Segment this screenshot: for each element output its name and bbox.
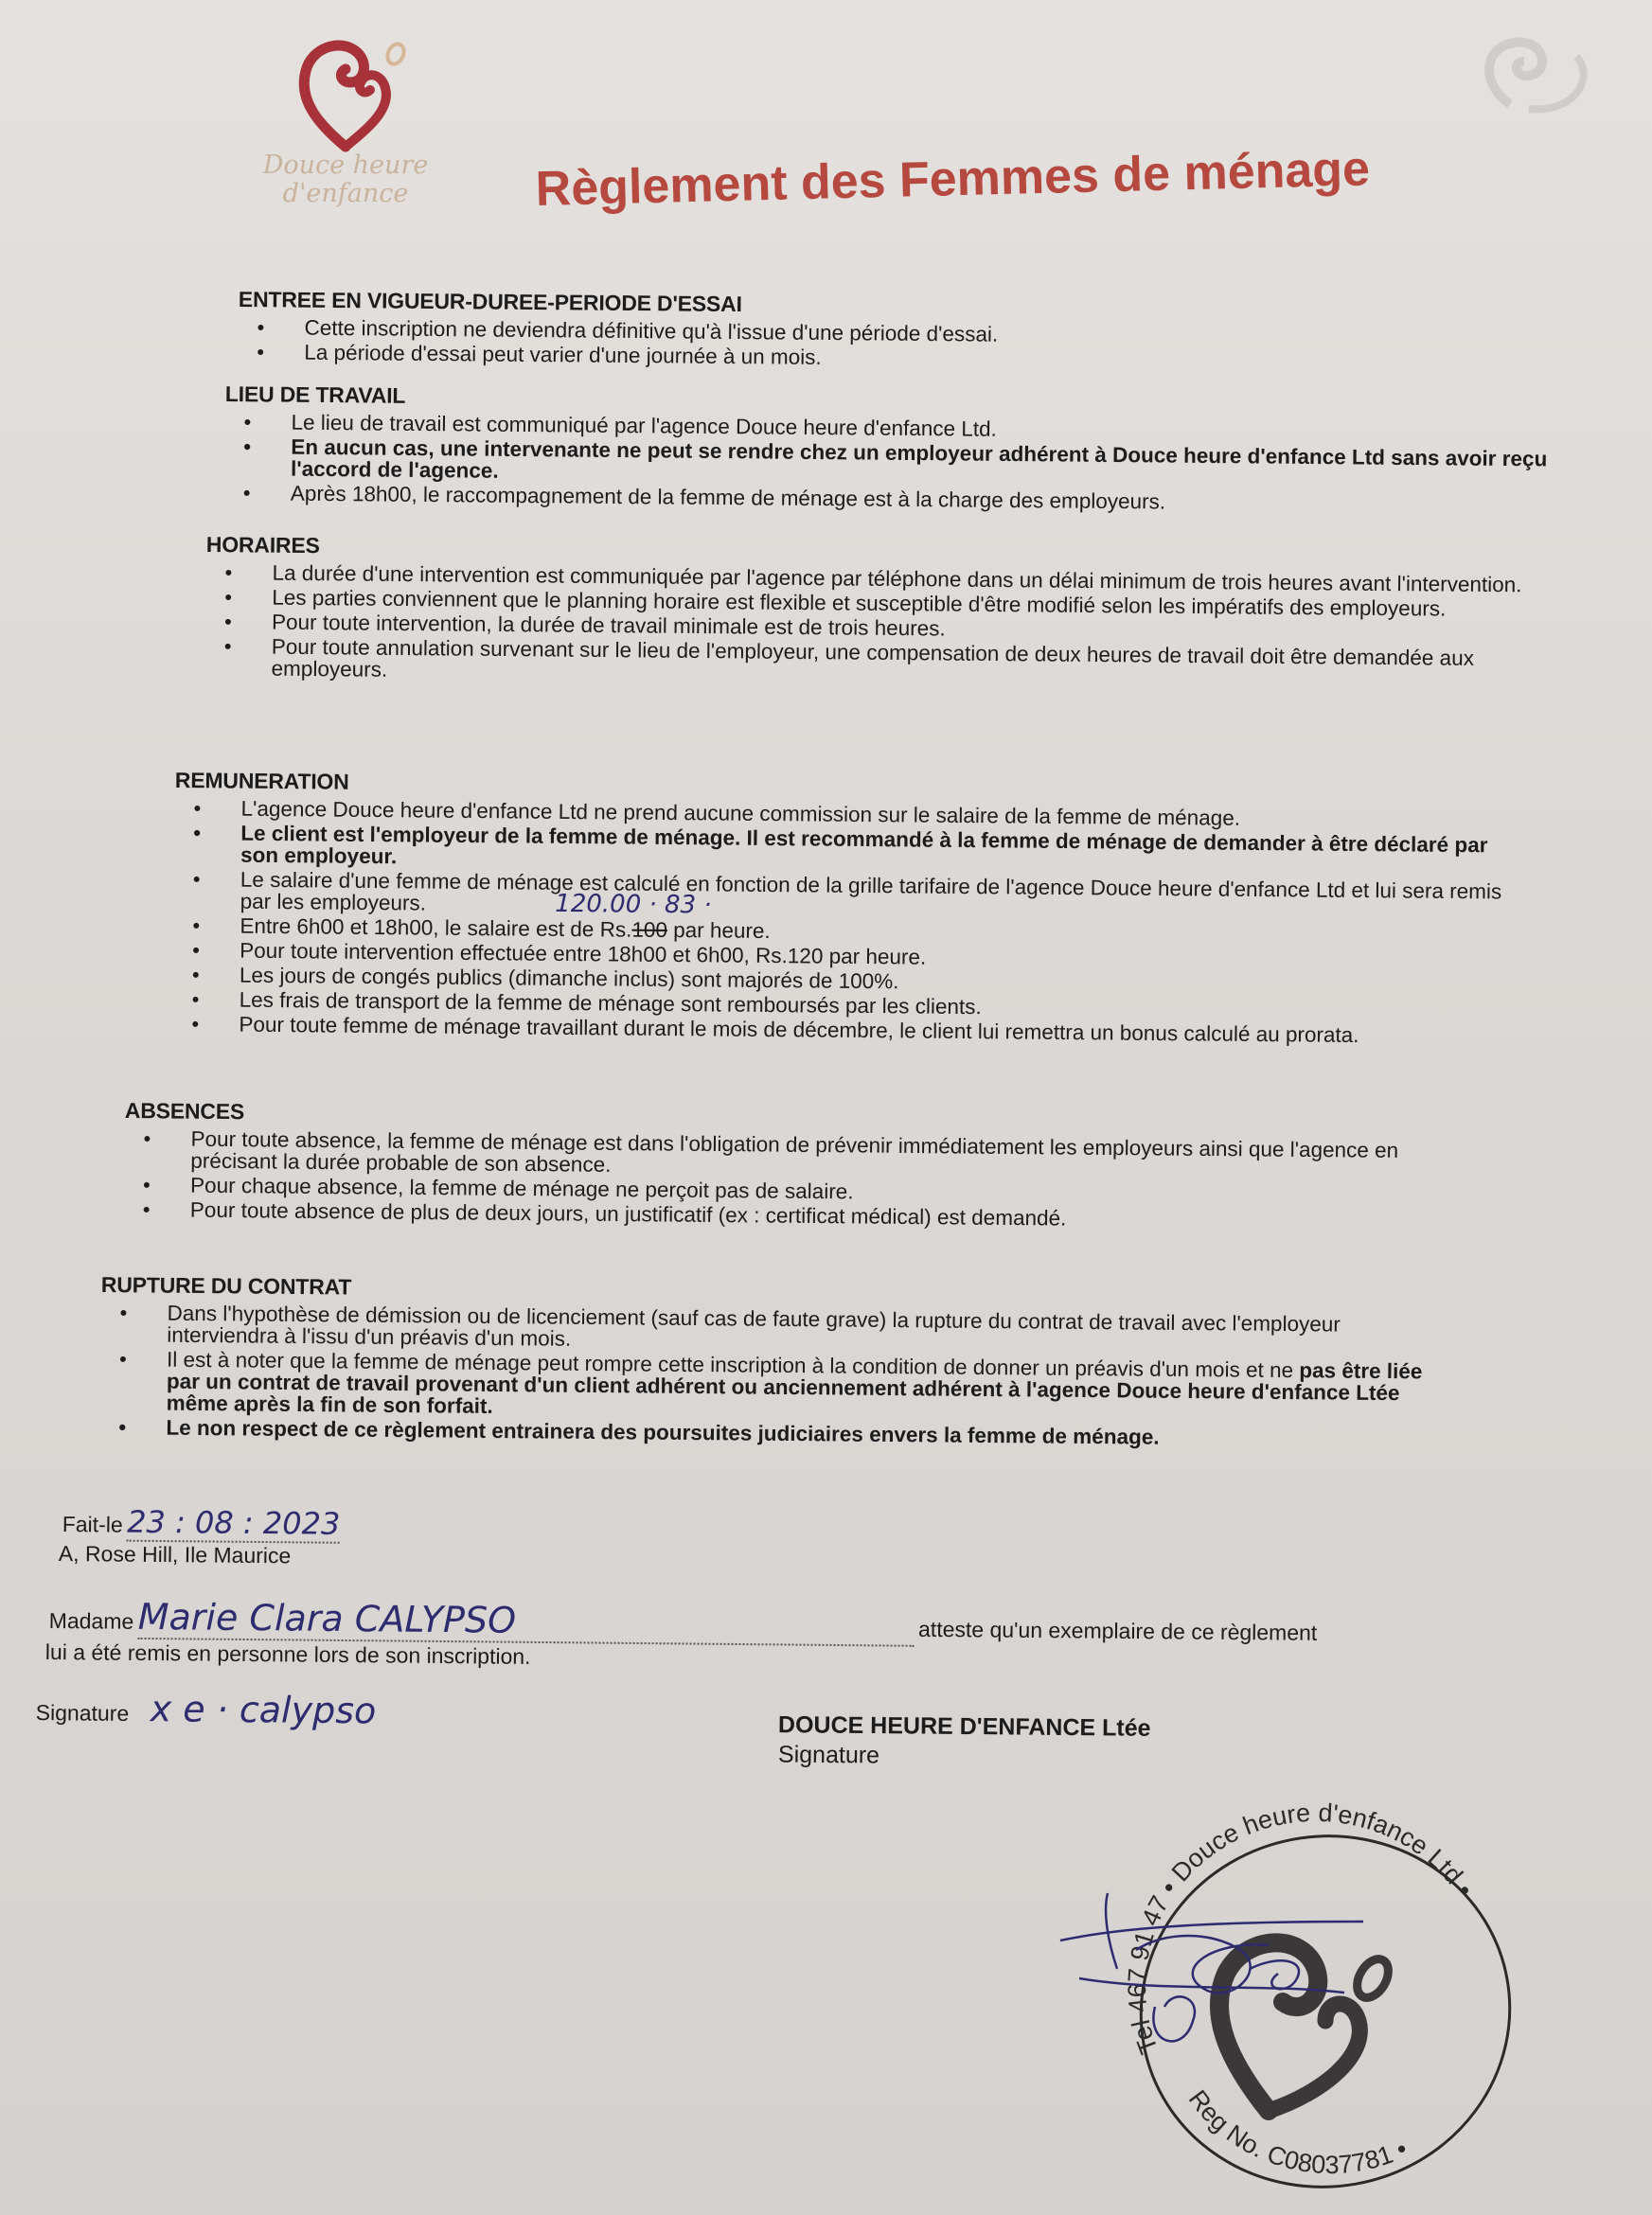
- attest-text: atteste qu'un exemplaire de ce règlement: [918, 1617, 1317, 1645]
- list-item: Il est à noter que la femme de ménage pe…: [100, 1348, 1446, 1426]
- company-signature-label: Signature: [778, 1741, 879, 1769]
- fait-le-label: Fait-le: [62, 1512, 123, 1537]
- date-value: 23 : 08 : 2023: [127, 1504, 340, 1544]
- madame-name-value: Marie Clara CALYPSO: [137, 1596, 914, 1647]
- section-absences: ABSENCES Pour toute absence, la femme de…: [124, 1098, 1469, 1236]
- swirl-heart-stamp-icon: [1219, 1942, 1394, 2111]
- section-horaires: HORAIRES La durée d'une intervention est…: [204, 532, 1550, 695]
- company-name: DOUCE HEURE D'ENFANCE Ltée: [778, 1711, 1151, 1743]
- signature-label: Signature: [36, 1700, 130, 1726]
- list-item: Pour toute annulation survenant sur le l…: [205, 635, 1550, 692]
- document-page: Douce heure d'enfance Règlement des Femm…: [0, 0, 1652, 2215]
- section-entree-en-vigueur: ENTREE EN VIGUEUR-DUREE-PERIODE D'ESSAI …: [238, 287, 1583, 379]
- place-text: A, Rose Hill, Ile Maurice: [59, 1541, 292, 1568]
- employee-signature-row: Signature x e · calypso: [36, 1687, 377, 1731]
- section-rupture-du-contrat: RUPTURE DU CONTRAT Dans l'hypothèse de d…: [99, 1272, 1446, 1454]
- struck-rate: 100: [631, 918, 667, 942]
- employee-signature: x e · calypso: [150, 1688, 376, 1731]
- section-lieu-de-travail: LIEU DE TRAVAIL Le lieu de travail est c…: [224, 381, 1570, 520]
- list-item-text: Entre 6h00 et 18h00, le salaire est de R…: [240, 914, 631, 942]
- attest-text-continued: lui a été remis en personne lors de son …: [45, 1639, 531, 1670]
- list-item-text: par heure.: [667, 918, 771, 943]
- handwritten-rate-note: 120.00 · 83 ·: [555, 894, 712, 917]
- company-stamp: Tel 467 91 47 • Douce heure d'enfance Lt…: [1051, 1789, 1543, 2206]
- date-field-row: Fait-le 23 : 08 : 2023: [62, 1503, 341, 1542]
- section-remuneration: REMUNERATION L'agence Douce heure d'enfa…: [172, 768, 1519, 1051]
- madame-label: Madame: [49, 1608, 134, 1634]
